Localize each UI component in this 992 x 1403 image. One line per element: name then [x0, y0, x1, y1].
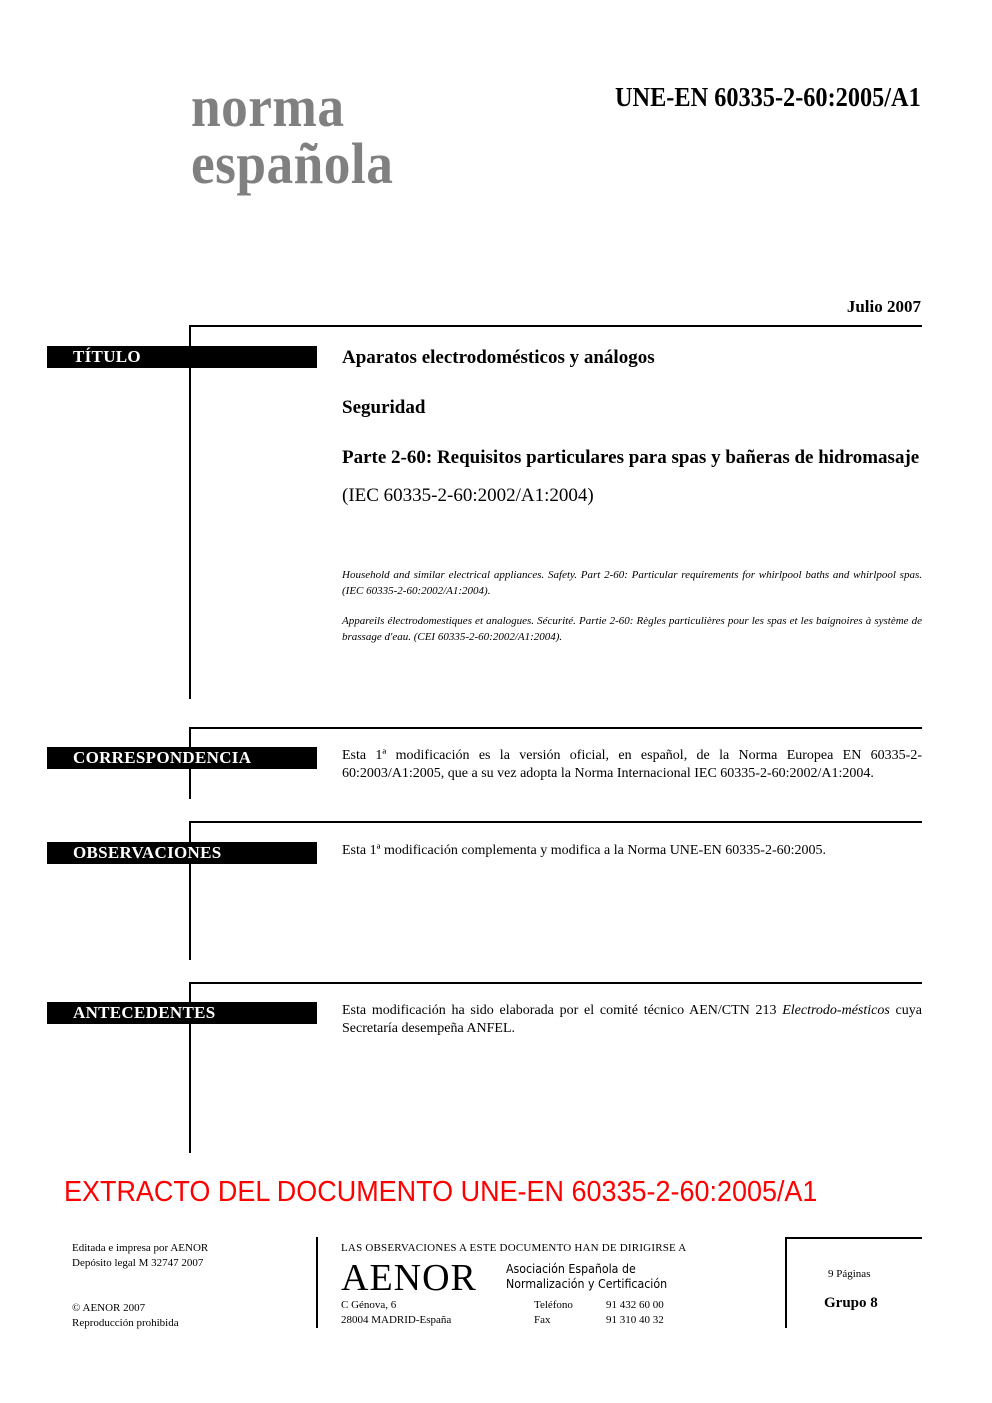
legal-deposit: Depósito legal M 32747 2007 — [72, 1256, 208, 1271]
english-title: Household and similar electrical applian… — [342, 567, 922, 599]
observations-heading: LAS OBSERVACIONES A ESTE DOCUMENTO HAN D… — [341, 1241, 686, 1256]
pages-box-top — [785, 1237, 922, 1239]
publication-date: Julio 2007 — [847, 297, 921, 317]
section-label-titulo: TÍTULO — [47, 346, 317, 368]
section-divider — [189, 727, 922, 729]
contact-values: 91 432 60 00 91 310 40 32 — [606, 1298, 664, 1328]
footer-publisher-info: Editada e impresa por AENOR Depósito leg… — [72, 1241, 208, 1331]
titulo-content: Aparatos electrodomésticos y análogos Se… — [342, 346, 922, 645]
standard-code: UNE-EN 60335-2-60:2005/A1 — [615, 82, 921, 113]
document-reference: (IEC 60335-2-60:2002/A1:2004) — [342, 484, 922, 508]
section-divider — [189, 821, 922, 823]
pages-box-rule — [785, 1237, 787, 1328]
contact-labels: Teléfono Fax — [534, 1298, 573, 1328]
address-line-2: 28004 MADRID-España — [341, 1313, 451, 1328]
phone-label: Teléfono — [534, 1298, 573, 1313]
section-label-antecedentes: ANTECEDENTES — [47, 1002, 317, 1024]
correspondencia-text: Esta 1ª modificación es la versión ofici… — [342, 747, 922, 783]
extract-notice: EXTRACTO DEL DOCUMENTO UNE-EN 60335-2-60… — [64, 1176, 817, 1209]
section-divider — [189, 325, 922, 327]
price-group: Grupo 8 — [824, 1295, 878, 1312]
document-title: Aparatos electrodomésticos y análogos — [342, 346, 922, 370]
observaciones-text: Esta 1ª modificación complementa y modif… — [342, 842, 922, 860]
footer-rule — [316, 1237, 318, 1328]
aenor-desc-line-1: Asociación Española de — [506, 1262, 667, 1277]
fax-label: Fax — [534, 1313, 573, 1328]
section-rule — [189, 325, 191, 699]
antecedentes-text: Esta modificación ha sido elaborada por … — [342, 1002, 922, 1038]
aenor-address: C Génova, 6 28004 MADRID-España — [341, 1298, 451, 1328]
aenor-logo: AENOR — [341, 1259, 477, 1297]
phone-number: 91 432 60 00 — [606, 1298, 664, 1313]
fax-number: 91 310 40 32 — [606, 1313, 664, 1328]
aenor-description: Asociación Española de Normalización y C… — [506, 1262, 667, 1292]
section-label-observaciones: OBSERVACIONES — [47, 842, 317, 864]
brand-line-2: española — [191, 135, 393, 192]
document-subtitle: Seguridad — [342, 396, 922, 420]
edited-by: Editada e impresa por AENOR — [72, 1241, 208, 1256]
address-line-1: C Génova, 6 — [341, 1298, 451, 1313]
brand-line-1: norma — [191, 78, 393, 135]
page-count: 9 Páginas — [828, 1267, 870, 1282]
section-label-correspondencia: CORRESPONDENCIA — [47, 747, 317, 769]
reproduction-notice: Reproducción prohibida — [72, 1316, 208, 1331]
copyright: © AENOR 2007 — [72, 1301, 208, 1316]
brand-title: norma española — [191, 78, 393, 192]
section-divider — [189, 982, 922, 984]
aenor-desc-line-2: Normalización y Certificación — [506, 1277, 667, 1292]
french-title: Appareils électrodomestiques et analogue… — [342, 613, 922, 645]
antecedentes-text-before: Esta modificación ha sido elaborada por … — [342, 1003, 782, 1018]
document-part: Parte 2-60: Requisitos particulares para… — [342, 446, 922, 470]
antecedentes-committee-name: Electrodo-​mésticos — [782, 1003, 890, 1018]
